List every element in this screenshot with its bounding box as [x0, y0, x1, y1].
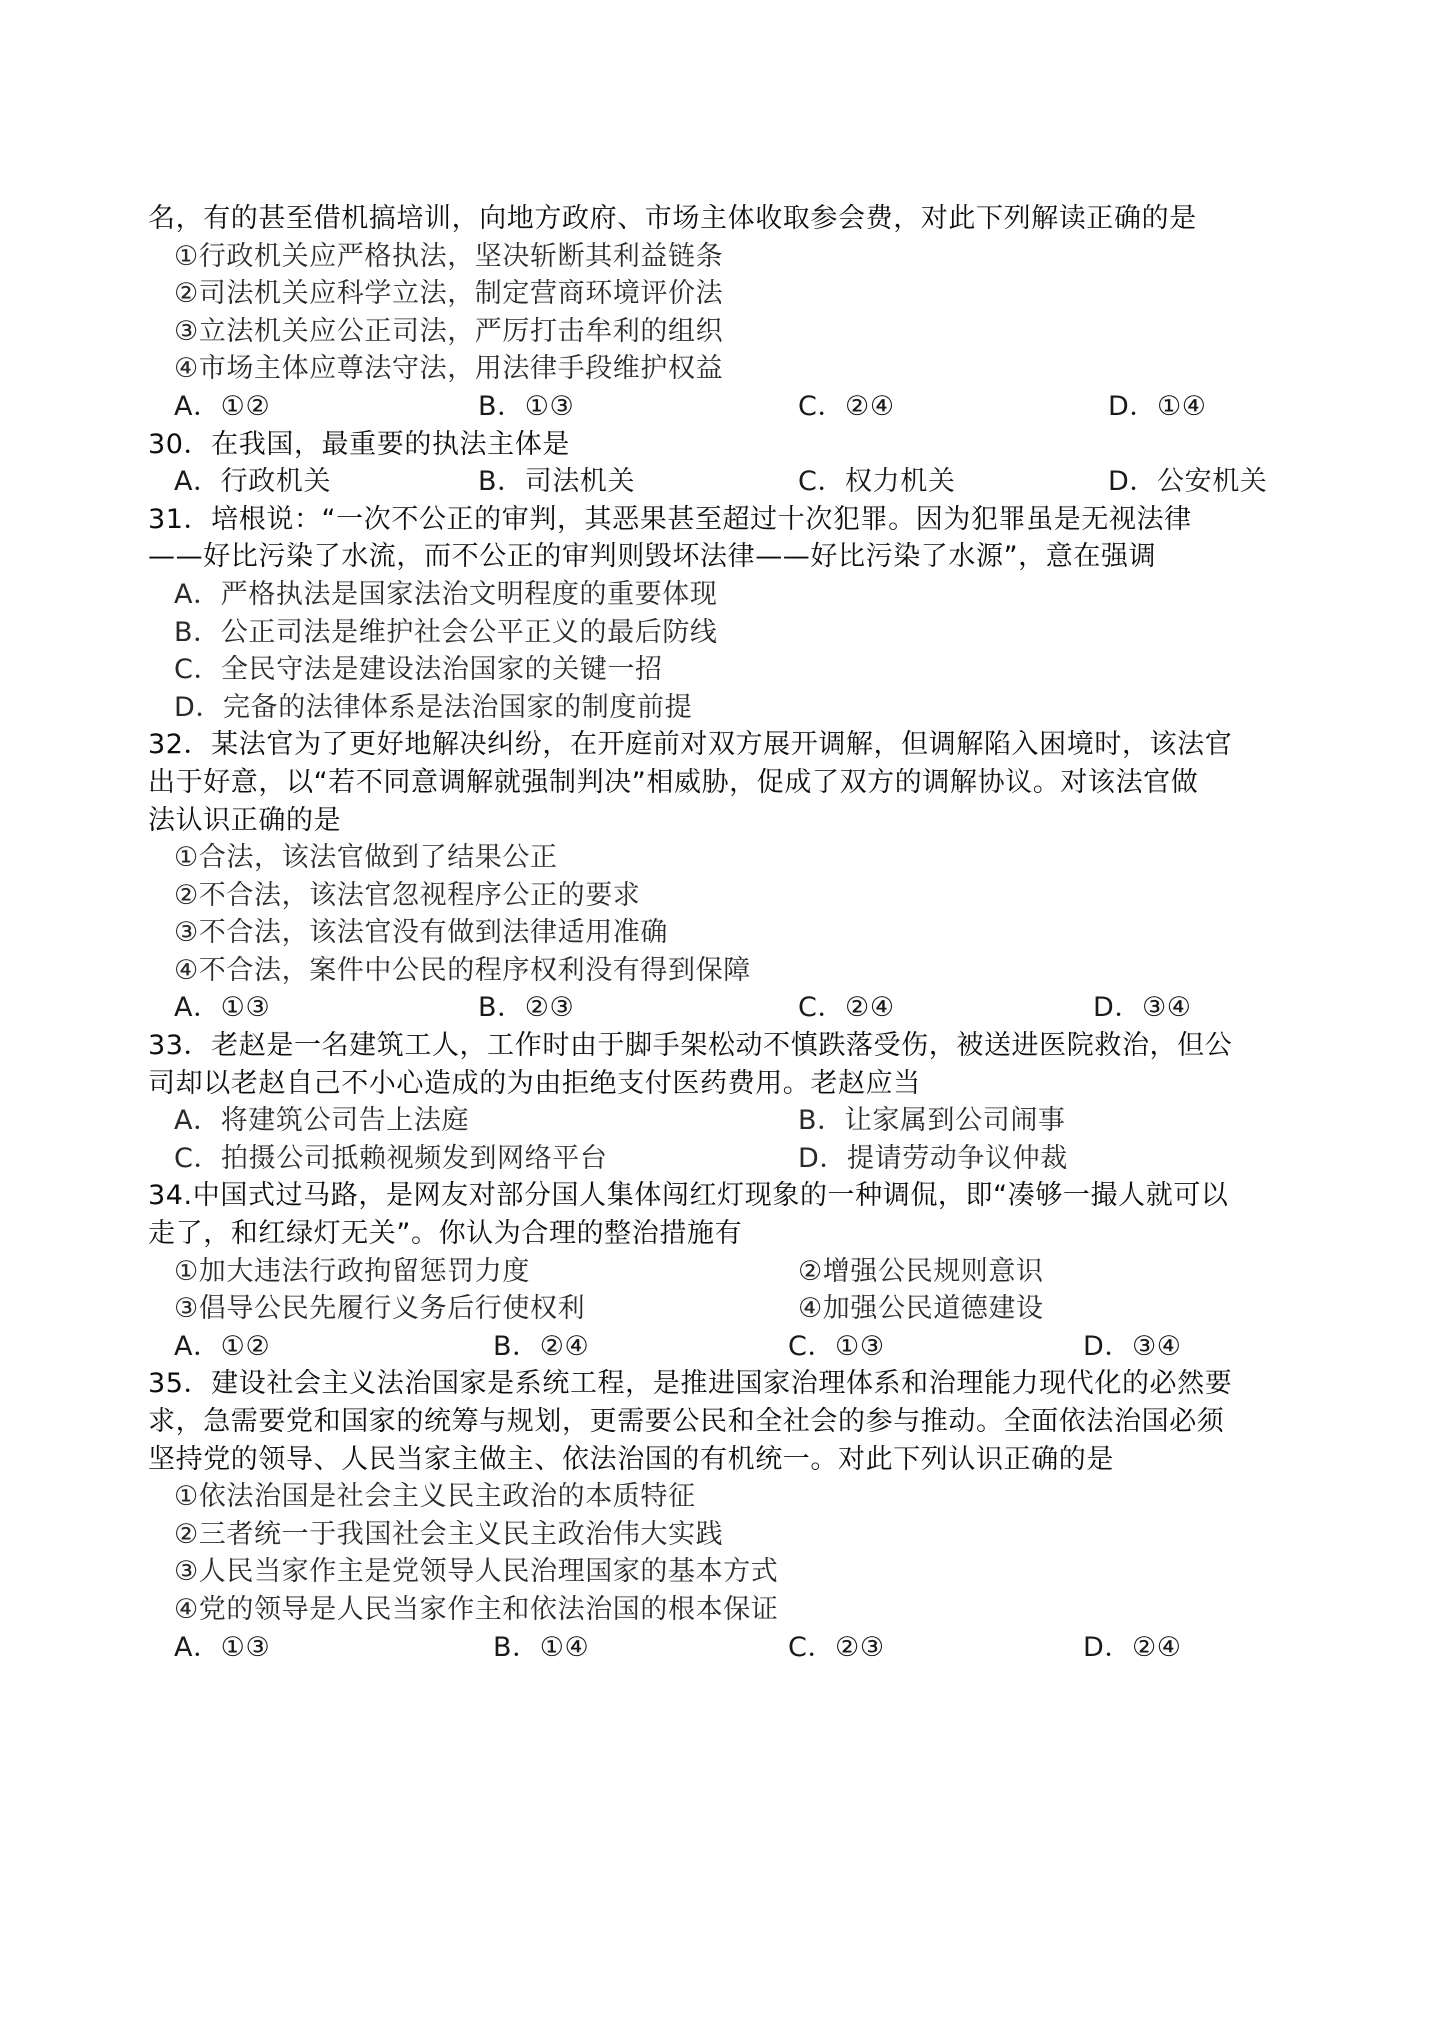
question-33-option-d: D．提请劳动争议仲裁 — [798, 1140, 1068, 1178]
question-32: 32．某法官为了更好地解决纠纷，在开庭前对双方展开调解，但调解陷入困境时，该法官… — [148, 726, 1308, 1027]
question-32-item-4: ④不合法，案件中公民的程序权利没有得到保障 — [148, 952, 1308, 990]
question-35-item-4: ④党的领导是人民当家作主和依法治国的根本保证 — [148, 1591, 1308, 1629]
question-30-option-c: C．权力机关 — [798, 463, 955, 501]
question-34-item-1: ①加大违法行政拘留惩罚力度 — [174, 1253, 530, 1291]
question-33-stem-line-2: 司却以老赵自己不小心造成的为由拒绝支付医药费用。老赵应当 — [148, 1065, 1308, 1103]
question-31-option-d: D．完备的法律体系是法治国家的制度前提 — [148, 689, 1308, 727]
question-34-item-2: ②增强公民规则意识 — [798, 1253, 1044, 1291]
question-29-stem: 名，有的甚至借机搞培训，向地方政府、市场主体收取参会费，对此下列解读正确的是 — [148, 200, 1308, 238]
question-33-options-row-2: C．拍摄公司抵赖视频发到网络平台 D．提请劳动争议仲裁 — [148, 1140, 1308, 1178]
question-29-item-4: ④市场主体应尊法守法，用法律手段维护权益 — [148, 350, 1308, 388]
question-34-option-c: C．①③ — [788, 1328, 885, 1366]
question-34-item-3: ③倡导公民先履行义务后行使权利 — [174, 1290, 585, 1328]
question-35-options: A．①③ B．①④ C．②③ D．②④ — [148, 1629, 1308, 1667]
question-35: 35．建设社会主义法治国家是系统工程，是推进国家治理体系和治理能力现代化的必然要… — [148, 1365, 1308, 1666]
question-32-item-2: ②不合法，该法官忽视程序公正的要求 — [148, 877, 1308, 915]
question-33-options-row-1: A．将建筑公司告上法庭 B．让家属到公司闹事 — [148, 1102, 1308, 1140]
question-31: 31．培根说：“一次不公正的审判，其恶果甚至超过十次犯罪。因为犯罪虽是无视法律 … — [148, 501, 1308, 727]
question-31-stem-line-2: ——好比污染了水流，而不公正的审判则毁坏法律——好比污染了水源”，意在强调 — [148, 538, 1308, 576]
question-34-items-row-1: ①加大违法行政拘留惩罚力度 ②增强公民规则意识 — [148, 1253, 1308, 1291]
question-33-stem-line-1: 33．老赵是一名建筑工人，工作时由于脚手架松动不慎跌落受伤，被送进医院救治，但公 — [148, 1027, 1308, 1065]
question-34-options: A．①② B．②④ C．①③ D．③④ — [148, 1328, 1308, 1366]
question-32-option-b: B．②③ — [478, 989, 574, 1027]
question-35-item-1: ①依法治国是社会主义民主政治的本质特征 — [148, 1478, 1308, 1516]
question-31-option-b: B．公正司法是维护社会公平正义的最后防线 — [148, 614, 1308, 652]
question-34-option-a: A．①② — [174, 1328, 270, 1366]
question-32-stem-line-1: 32．某法官为了更好地解决纠纷，在开庭前对双方展开调解，但调解陷入困境时，该法官 — [148, 726, 1308, 764]
question-29-item-1: ①行政机关应严格执法，坚决斩断其利益链条 — [148, 238, 1308, 276]
question-34-stem-line-2: 走了，和红绿灯无关”。你认为合理的整治措施有 — [148, 1215, 1308, 1253]
question-30-option-a: A．行政机关 — [174, 463, 331, 501]
question-33-option-c: C．拍摄公司抵赖视频发到网络平台 — [174, 1140, 607, 1178]
question-34-item-4: ④加强公民道德建设 — [798, 1290, 1044, 1328]
question-29: 名，有的甚至借机搞培训，向地方政府、市场主体收取参会费，对此下列解读正确的是 ①… — [148, 200, 1308, 426]
question-32-item-1: ①合法，该法官做到了结果公正 — [148, 839, 1308, 877]
question-29-option-d: D．①④ — [1108, 388, 1207, 426]
question-30-options: A．行政机关 B．司法机关 C．权力机关 D．公安机关 — [148, 463, 1308, 501]
question-29-item-2: ②司法机关应科学立法，制定营商环境评价法 — [148, 275, 1308, 313]
question-29-option-b: B．①③ — [478, 388, 574, 426]
question-31-stem-line-1: 31．培根说：“一次不公正的审判，其恶果甚至超过十次犯罪。因为犯罪虽是无视法律 — [148, 501, 1308, 539]
question-34-option-d: D．③④ — [1083, 1328, 1182, 1366]
question-32-option-a: A．①③ — [174, 989, 270, 1027]
question-32-stem-line-2: 出于好意，以“若不同意调解就强制判决”相威胁，促成了双方的调解协议。对该法官做 — [148, 764, 1308, 802]
question-35-item-2: ②三者统一于我国社会主义民主政治伟大实践 — [148, 1516, 1308, 1554]
question-32-option-d: D．③④ — [1093, 989, 1192, 1027]
question-30: 30．在我国，最重要的执法主体是 A．行政机关 B．司法机关 C．权力机关 D．… — [148, 426, 1308, 501]
exam-page: 名，有的甚至借机搞培训，向地方政府、市场主体收取参会费，对此下列解读正确的是 ①… — [148, 200, 1308, 1666]
question-30-option-b: B．司法机关 — [478, 463, 635, 501]
question-32-stem-line-3: 法认识正确的是 — [148, 802, 1308, 840]
question-35-stem-line-1: 35．建设社会主义法治国家是系统工程，是推进国家治理体系和治理能力现代化的必然要 — [148, 1365, 1308, 1403]
question-32-item-3: ③不合法，该法官没有做到法律适用准确 — [148, 914, 1308, 952]
question-29-option-c: C．②④ — [798, 388, 895, 426]
question-31-option-a: A．严格执法是国家法治文明程度的重要体现 — [148, 576, 1308, 614]
question-33: 33．老赵是一名建筑工人，工作时由于脚手架松动不慎跌落受伤，被送进医院救治，但公… — [148, 1027, 1308, 1177]
question-32-options: A．①③ B．②③ C．②④ D．③④ — [148, 989, 1308, 1027]
question-35-stem-line-2: 求，急需要党和国家的统筹与规划，更需要公民和全社会的参与推动。全面依法治国必须 — [148, 1403, 1308, 1441]
question-34: 34.中国式过马路，是网友对部分国人集体闯红灯现象的一种调侃，即“凑够一撮人就可… — [148, 1177, 1308, 1365]
question-35-item-3: ③人民当家作主是党领导人民治理国家的基本方式 — [148, 1553, 1308, 1591]
question-35-option-c: C．②③ — [788, 1629, 885, 1667]
question-30-option-d: D．公安机关 — [1108, 463, 1267, 501]
question-35-option-d: D．②④ — [1083, 1629, 1182, 1667]
question-29-option-a: A．①② — [174, 388, 270, 426]
question-34-option-b: B．②④ — [493, 1328, 589, 1366]
question-32-option-c: C．②④ — [798, 989, 895, 1027]
question-34-stem-line-1: 34.中国式过马路，是网友对部分国人集体闯红灯现象的一种调侃，即“凑够一撮人就可… — [148, 1177, 1308, 1215]
question-33-option-a: A．将建筑公司告上法庭 — [174, 1102, 469, 1140]
question-35-stem-line-3: 坚持党的领导、人民当家主做主、依法治国的有机统一。对此下列认识正确的是 — [148, 1441, 1308, 1479]
question-35-option-b: B．①④ — [493, 1629, 589, 1667]
question-34-items-row-2: ③倡导公民先履行义务后行使权利 ④加强公民道德建设 — [148, 1290, 1308, 1328]
question-31-option-c: C．全民守法是建设法治国家的关键一招 — [148, 651, 1308, 689]
question-29-item-3: ③立法机关应公正司法，严厉打击牟利的组织 — [148, 313, 1308, 351]
question-29-options: A．①② B．①③ C．②④ D．①④ — [148, 388, 1308, 426]
question-30-stem: 30．在我国，最重要的执法主体是 — [148, 426, 1308, 464]
question-33-option-b: B．让家属到公司闹事 — [798, 1102, 1066, 1140]
question-35-option-a: A．①③ — [174, 1629, 270, 1667]
